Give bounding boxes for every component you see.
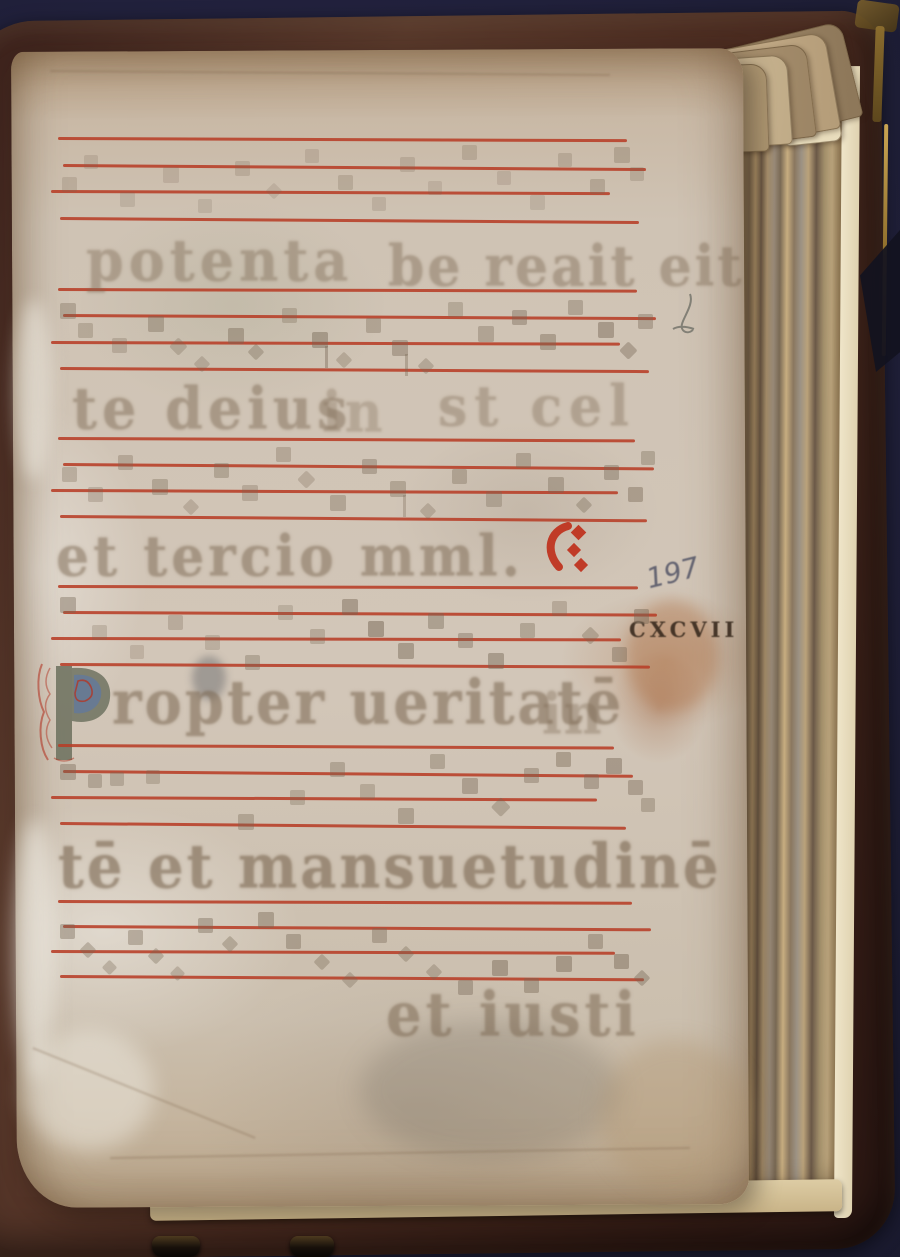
parchment-page — [11, 48, 749, 1208]
manuscript-photograph: 197 cxcvii potentabe reait eitte deiusin… — [0, 0, 900, 1257]
page-edge-stack — [737, 56, 843, 1207]
metal-foot — [290, 1236, 334, 1257]
metal-foot — [152, 1236, 200, 1257]
brass-fitting — [872, 26, 884, 122]
